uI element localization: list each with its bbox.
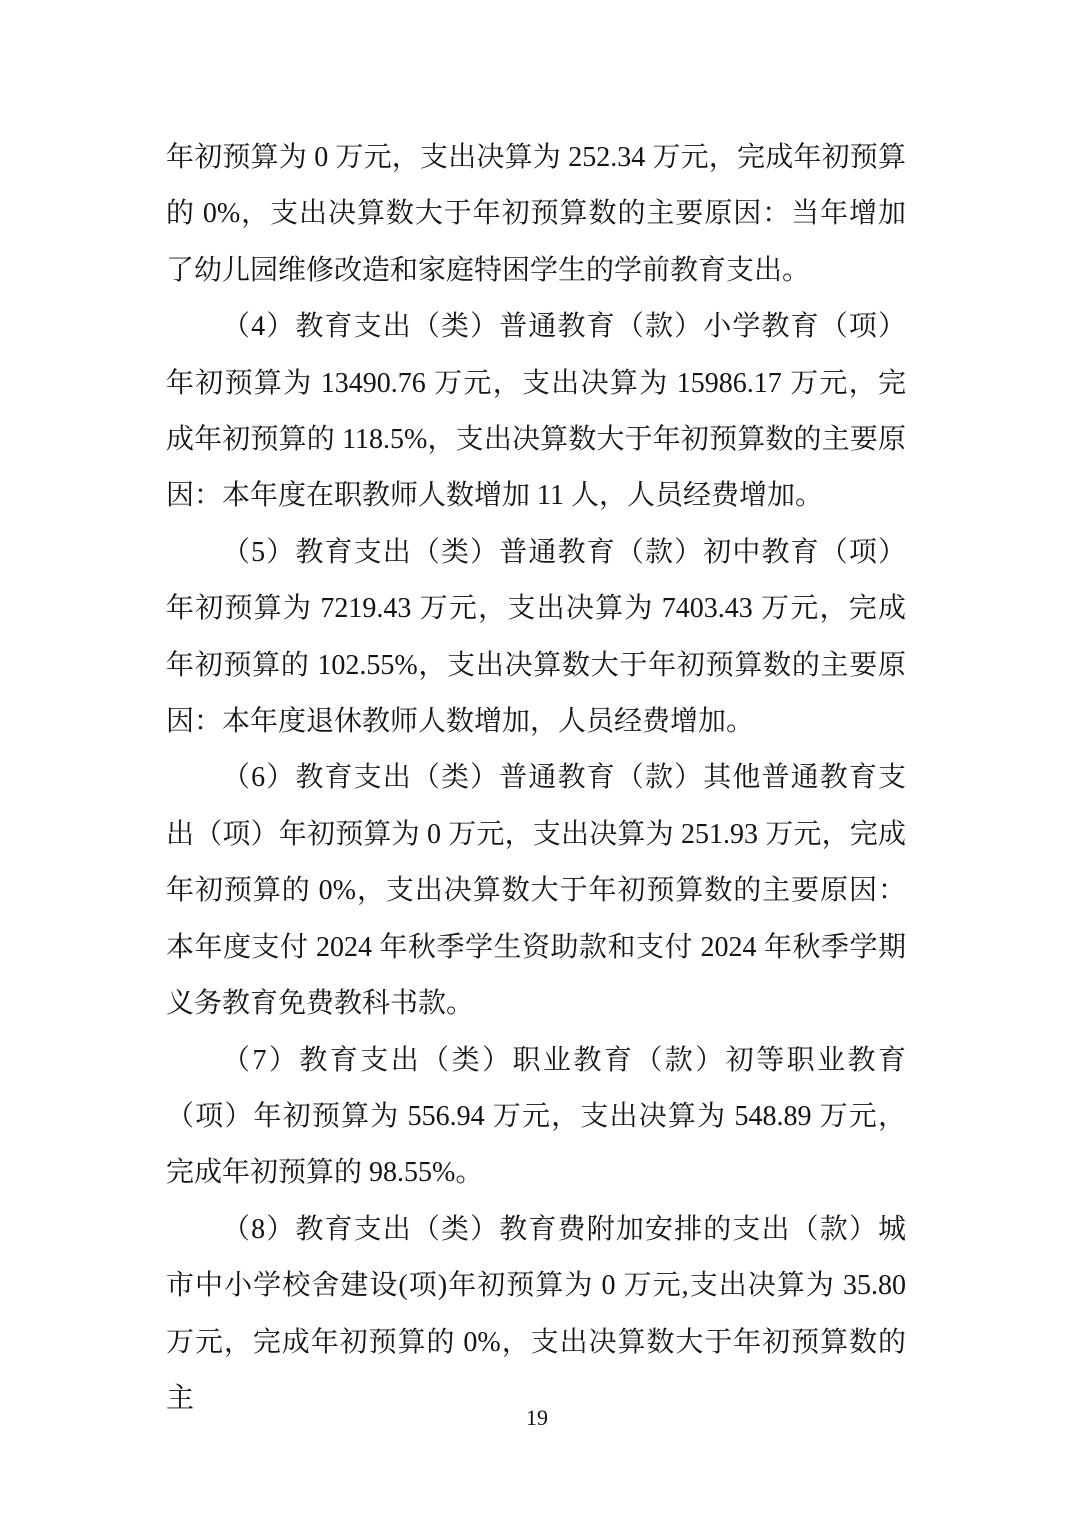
document-page: 年初预算为 0 万元，支出决算为 252.34 万元，完成年初预算的 0%，支出…	[0, 0, 1074, 1520]
paragraph: 年初预算为 0 万元，支出决算为 252.34 万元，完成年初预算的 0%，支出…	[166, 130, 906, 299]
paragraph: （6）教育支出（类）普通教育（款）其他普通教育支出（项）年初预算为 0 万元，支…	[166, 750, 906, 1032]
paragraph: （7）教育支出（类）职业教育（款）初等职业教育（项）年初预算为 556.94 万…	[166, 1033, 906, 1202]
paragraph: （4）教育支出（类）普通教育（款）小学教育（项）年初预算为 13490.76 万…	[166, 299, 906, 525]
document-body: 年初预算为 0 万元，支出决算为 252.34 万元，完成年初预算的 0%，支出…	[166, 130, 906, 1427]
paragraph: （5）教育支出（类）普通教育（款）初中教育（项）年初预算为 7219.43 万元…	[166, 525, 906, 751]
page-number: 19	[0, 1402, 1074, 1434]
paragraph: （8）教育支出（类）教育费附加安排的支出（款）城市中小学校舍建设(项)年初预算为…	[166, 1202, 906, 1428]
